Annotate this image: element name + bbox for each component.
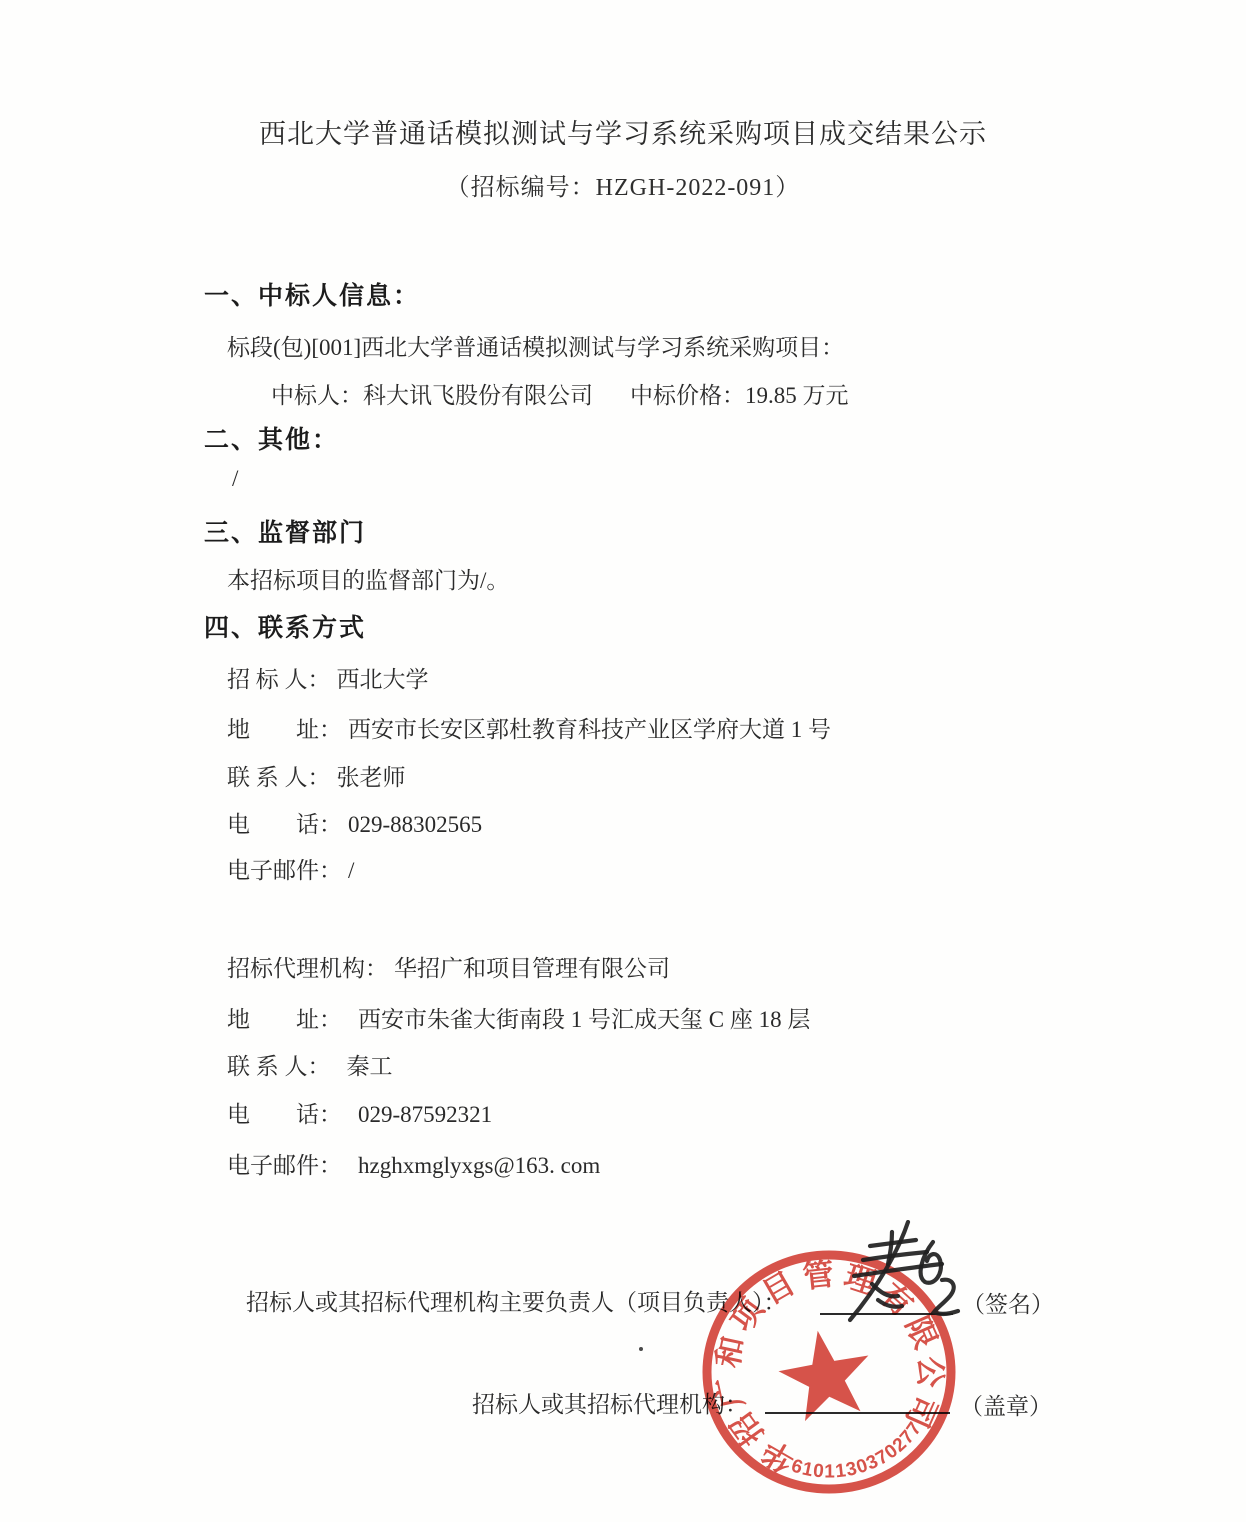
seal-star-icon: [779, 1331, 869, 1421]
tenderer-row: 地 址：西安市长安区郭杜教育科技产业区学府大道 1 号: [227, 711, 831, 744]
tender-number: （招标编号：HZGH-2022-091）: [0, 167, 1246, 202]
tenderer-value: 西安市长安区郭杜教育科技产业区学府大道 1 号: [348, 717, 831, 742]
agency-row: 电 话：029-87592321: [227, 1096, 492, 1129]
section-heading-contact: 四、联系方式: [204, 608, 366, 644]
scan-speck: [639, 1347, 643, 1351]
agency-row: 地 址：西安市朱雀大街南段 1 号汇成天玺 C 座 18 层: [227, 1001, 810, 1034]
tenderer-label: 电 话：: [227, 806, 342, 839]
agency-label: 电 话：: [227, 1096, 342, 1129]
tenderer-label: 电子邮件：: [227, 852, 342, 885]
tenderer-value: 张老师: [337, 765, 406, 790]
seal-number-digit: 0: [812, 1461, 825, 1483]
seal-company-char: 公: [913, 1357, 948, 1388]
other-content: /: [232, 466, 238, 492]
agency-value: 西安市朱雀大街南段 1 号汇成天玺 C 座 18 层: [358, 1007, 810, 1032]
tenderer-row: 联 系 人：张老师: [227, 759, 406, 792]
price-value: 19.85 万元: [745, 383, 849, 408]
handwritten-signature: [830, 1220, 980, 1326]
agency-value: 029-87592321: [358, 1102, 492, 1127]
page-title: 西北大学普通话模拟测试与学习系统采购项目成交结果公示: [0, 112, 1246, 151]
document-page: 西北大学普通话模拟测试与学习系统采购项目成交结果公示 （招标编号：HZGH-20…: [0, 0, 1246, 1522]
tenderer-row: 电 话：029-88302565: [227, 806, 482, 839]
seal-company-char: 和: [710, 1333, 751, 1371]
agency-label: 电子邮件：: [227, 1147, 342, 1180]
winner-label: 中标人：: [271, 383, 363, 408]
supervision-content: 本招标项目的监督部门为/。: [227, 562, 509, 595]
tenderer-label: 联 系 人：: [227, 759, 331, 792]
seal-company-char: 广: [710, 1373, 751, 1411]
winner-name: 科大讯飞股份有限公司: [363, 383, 593, 408]
agency-value: 华招广和项目管理有限公司: [394, 956, 670, 981]
agency-value: 秦工: [347, 1054, 393, 1079]
price-label: 中标价格：: [630, 383, 745, 408]
agency-value: hzghxmglyxgs@163. com: [358, 1153, 600, 1178]
tenderer-value: 西北大学: [337, 667, 429, 692]
tenderer-value: /: [348, 858, 354, 883]
agency-label: 地 址：: [227, 1001, 342, 1034]
agency-row: 联 系 人：秦工: [227, 1048, 393, 1081]
tenderer-row: 招 标 人：西北大学: [227, 661, 429, 694]
agency-label: 联 系 人：: [227, 1048, 331, 1081]
winner-line: 中标人：科大讯飞股份有限公司: [271, 377, 593, 410]
agency-row: 电子邮件：hzghxmglyxgs@163. com: [227, 1147, 600, 1180]
tenderer-label: 招 标 人：: [227, 661, 331, 694]
section-heading-other: 二、其他：: [204, 420, 339, 456]
lot-description: 标段(包)[001]西北大学普通话模拟测试与学习系统采购项目：: [227, 329, 844, 362]
tenderer-row: 电子邮件：/: [227, 852, 354, 885]
section-heading-winner-info: 一、中标人信息：: [204, 276, 420, 312]
agency-label: 招标代理机构：: [227, 950, 388, 983]
section-heading-supervision: 三、监督部门: [204, 513, 366, 549]
agency-row: 招标代理机构：华招广和项目管理有限公司: [227, 950, 670, 983]
tenderer-label: 地 址：: [227, 711, 342, 744]
winner-price-line: 中标价格：19.85 万元: [630, 377, 849, 410]
tenderer-value: 029-88302565: [348, 812, 482, 837]
